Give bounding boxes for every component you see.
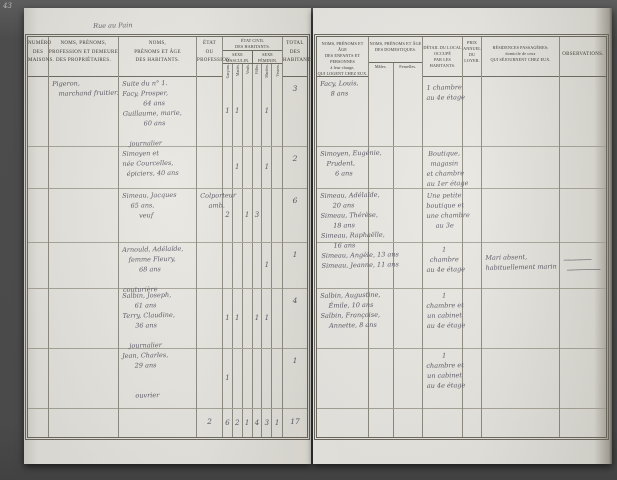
column-proprietaires: NOMS, PRÉNOMS, PROFESSION ET DEMEURE DES…: [49, 37, 119, 437]
column-residences-passageres: RÉSIDENCES PASSAGÈRES; domicile de ceux …: [482, 37, 560, 437]
left-page: Rue au Pain NUMÉRO DES MAISONS. NOMS, PR…: [24, 8, 311, 464]
cell-observations: [560, 189, 606, 243]
cell-etat: Colporteur amb.: [197, 189, 222, 243]
cell-local-totals: [423, 409, 462, 437]
cell-prix: [463, 147, 481, 189]
cell-numero: [28, 147, 48, 189]
cell-prix-totals: [463, 409, 481, 437]
header-sexe-feminin: SEXE FÉMININ.: [253, 51, 282, 63]
cell-residences: [482, 289, 559, 349]
column-total: TOTAL DES HABITANTS. 3 2 6 1 4 1 17: [283, 37, 307, 437]
right-census-table: NOMS, PRÉNOMS ET ÂGE DES ENFANTS ET PERS…: [314, 34, 609, 440]
cell-proprietaire: [49, 147, 118, 189]
header-domestiques: NOMS, PRÉNOMS ET ÂGE DES DOMESTIQUES. Mâ…: [369, 37, 422, 77]
cell-total-sum: 17: [283, 409, 307, 437]
cell-prix: [463, 243, 481, 289]
cell-etat: [197, 243, 222, 289]
cell-numero: [28, 289, 48, 349]
tally-row: 1111: [223, 289, 282, 349]
cell-numero: [28, 243, 48, 289]
tally-row: 1: [223, 243, 282, 289]
cell-numero: [28, 77, 48, 147]
cell-local: Boutique, magasin et chambre au 1er étag…: [423, 147, 462, 189]
cell-total: 6: [283, 189, 307, 243]
cell-observations: [560, 349, 606, 409]
cell-numero: [28, 349, 48, 409]
left-census-table: NUMÉRO DES MAISONS. NOMS, PRÉNOMS, PROFE…: [25, 34, 310, 440]
cell-residences: [482, 147, 559, 189]
header-etat-civil-title: ÉTAT CIVIL DES HABITANTS.: [223, 37, 282, 51]
column-habitants: NOMS, PRÉNOMS ET ÂGE DES HABITANTS. Suit…: [119, 37, 197, 437]
cell-etat: [197, 349, 222, 409]
cell-habitants-totals: [119, 409, 196, 437]
cell-residences: [482, 349, 559, 409]
cell-observations: ————— ——————: [560, 243, 606, 289]
cell-prix: [463, 189, 481, 243]
cell-enfants: Simoyen, Eugénie, Prudent, 6 ans: [317, 147, 368, 189]
cell-total: 1: [283, 349, 307, 409]
cell-observations: [560, 77, 606, 147]
column-numero-maisons: NUMÉRO DES MAISONS.: [28, 37, 49, 437]
cell-habitants: Simeau, Jacques 65 ans, veuf: [119, 189, 196, 243]
cell-etat-totals: 2: [197, 409, 222, 437]
header-etat-civil: ÉTAT CIVIL DES HABITANTS. SEXE MASCULIN.…: [223, 37, 282, 77]
cell-proprietaire: [49, 349, 118, 409]
column-detail-local: DÉTAIL DU LOCAL OCCUPÉ PAR LES HABITANTS…: [423, 37, 463, 437]
cell-proprietaire: [49, 189, 118, 243]
street-title: Rue au Pain: [90, 18, 133, 31]
domestiques-totals-row: [369, 409, 422, 437]
cell-enfants: [317, 349, 368, 409]
cell-observations: [560, 147, 606, 189]
cell-local: Une petite boutique et une chambre au 3e: [423, 189, 462, 243]
cell-habitants: Arnould, Adélaïde, femme Fleury, 68 ans …: [119, 243, 196, 289]
header-etat-profession: ÉTAT OU PROFESSION.: [197, 37, 222, 77]
cell-proprietaire: [49, 243, 118, 289]
cell-local: 1 chambre au 4e étage: [423, 243, 462, 289]
cell-habitants: Jean, Charles, 29 ans ouvrier: [119, 349, 196, 409]
cell-enfants: Facy, Louis, 8 ans: [317, 77, 368, 147]
cell-residences: Mari absent, habituellement marin: [482, 243, 559, 289]
column-etat-civil: ÉTAT CIVIL DES HABITANTS. SEXE MASCULIN.…: [223, 37, 283, 437]
cell-prix: [463, 289, 481, 349]
cell-total: 2: [283, 147, 307, 189]
cell-proprietaire: Pigeron, marchand fruitier.: [49, 77, 118, 147]
right-page: NOMS, PRÉNOMS ET ÂGE DES ENFANTS ET PERS…: [313, 8, 612, 464]
column-prix-loyer: PRIX ANNUEL DU LOYER.: [463, 37, 482, 437]
cell-prix: [463, 349, 481, 409]
cell-residences-totals: [482, 409, 559, 437]
cell-local: 1 chambre au 4e étage: [423, 77, 462, 147]
header-detail-local: DÉTAIL DU LOCAL OCCUPÉ PAR LES HABITANTS…: [423, 37, 462, 77]
cell-etat: [197, 77, 222, 147]
folio-page-number: 43: [3, 2, 12, 10]
cell-prix: [463, 77, 481, 147]
cell-etat: [197, 289, 222, 349]
column-enfants: NOMS, PRÉNOMS ET ÂGE DES ENFANTS ET PERS…: [317, 37, 369, 437]
header-prix-loyer: PRIX ANNUEL DU LOYER.: [463, 37, 481, 77]
tally-row: 111: [223, 77, 282, 147]
cell-habitants: Suite du n° 1. Facy, Prosper, 64 ans Gui…: [119, 77, 196, 147]
cell-local: 1 chambre et un cabinet au 4e étage: [423, 289, 462, 349]
header-enfants: NOMS, PRÉNOMS ET ÂGE DES ENFANTS ET PERS…: [317, 37, 368, 77]
cell-total: 1: [283, 243, 307, 289]
cell-habitants: Simoyen et née Courcelles, épiciers, 40 …: [119, 147, 196, 189]
cell-numero-totals: [28, 409, 48, 437]
cell-proprietaire-totals: [49, 409, 118, 437]
cell-residences: [482, 77, 559, 147]
cell-numero: [28, 189, 48, 243]
header-domestiques-title: NOMS, PRÉNOMS ET ÂGE DES DOMESTIQUES.: [369, 37, 422, 63]
cell-enfants-totals: [317, 409, 368, 437]
cell-enfants: Simeau, Adélaïde, 20 ans Simeau, Thérèse…: [317, 189, 368, 243]
cell-etat: [197, 147, 222, 189]
header-total: TOTAL DES HABITANTS.: [283, 37, 307, 77]
cell-proprietaire: [49, 289, 118, 349]
domestiques-row: [369, 349, 422, 409]
tally-row: 11: [223, 147, 282, 189]
column-etat-profession: ÉTAT OU PROFESSION. Colporteur amb. 2: [197, 37, 223, 437]
tally-totals-row: 621431: [223, 409, 282, 437]
header-numero-maisons: NUMÉRO DES MAISONS.: [28, 37, 48, 77]
tally-row: 1: [223, 349, 282, 409]
cell-total: 3: [283, 77, 307, 147]
cell-observations: [560, 289, 606, 349]
header-residences: RÉSIDENCES PASSAGÈRES; domicile de ceux …: [482, 37, 559, 77]
cell-enfants: Salbin, Augustine, Émile, 10 ans Salbin,…: [317, 289, 368, 349]
cell-enfants: [317, 243, 368, 289]
header-habitants: NOMS, PRÉNOMS ET ÂGE DES HABITANTS.: [119, 37, 196, 77]
header-proprietaires: NOMS, PRÉNOMS, PROFESSION ET DEMEURE DES…: [49, 37, 118, 77]
column-observations: OBSERVATIONS. ————— ——————: [560, 37, 606, 437]
cell-observations-totals: [560, 409, 606, 437]
cell-residences: [482, 189, 559, 243]
cell-local: 1 chambre et un cabinet au 4e étage: [423, 349, 462, 409]
cell-total: 4: [283, 289, 307, 349]
header-observations: OBSERVATIONS.: [560, 37, 606, 77]
domestiques-row: [369, 77, 422, 147]
cell-habitants: Salbin, Joseph, 61 ans Terry, Claudine, …: [119, 289, 196, 349]
